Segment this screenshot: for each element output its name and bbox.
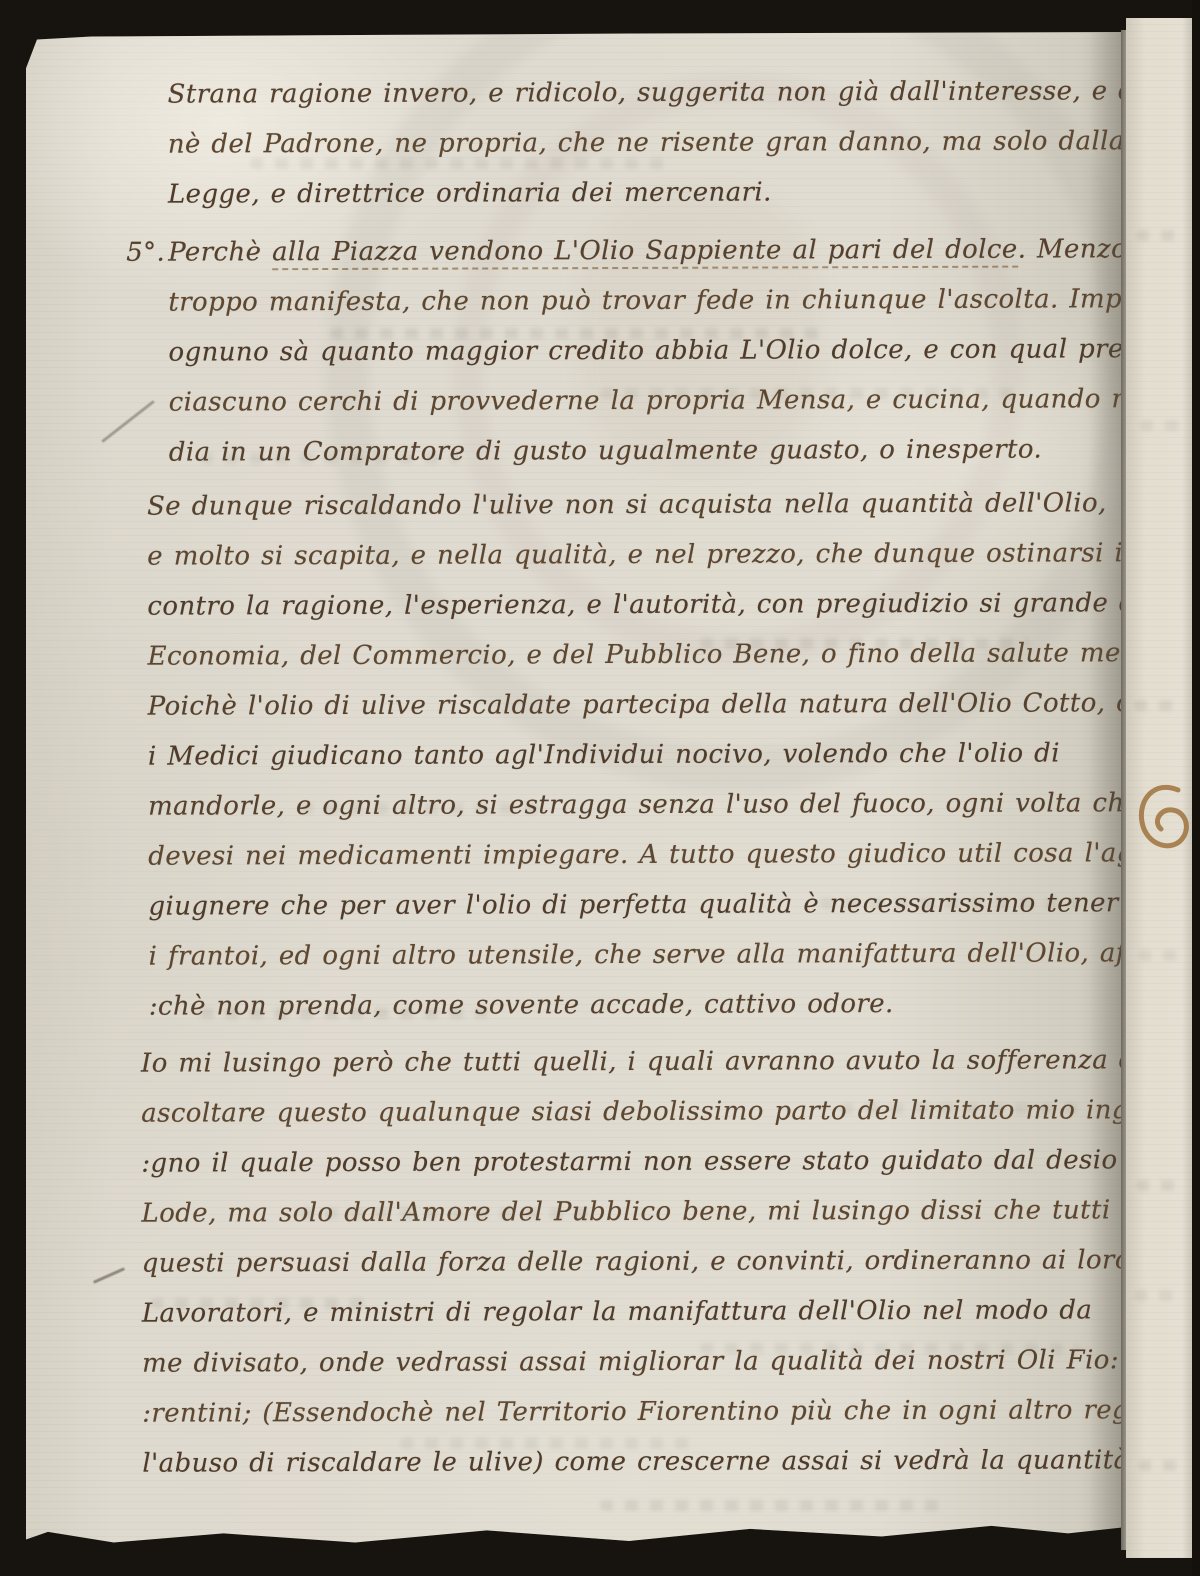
manuscript-line: troppo manifesta, che non può trovar fed…: [168, 274, 1098, 327]
manuscript-line: Economia, del Commercio, e del Pubblico …: [147, 628, 1099, 681]
manuscript-line: Lode, ma solo dall'Amore del Pubblico be…: [141, 1185, 1101, 1238]
manuscript-line: :rentini; (Essendochè nel Territorio Fio…: [142, 1385, 1102, 1438]
manuscript-line: i Medici giudicano tanto agl'Individui n…: [148, 728, 1100, 781]
manuscript-line: nè del Padrone, ne propria, che ne risen…: [168, 116, 1098, 169]
ink-flourish: [1134, 778, 1192, 870]
line-segment: i frantoi, ed ogni altro utensile, che s…: [149, 938, 1171, 972]
photo-backdrop: { "manuscript": { "language": "Italian",…: [0, 0, 1200, 1576]
line-segment: ascoltare questo qualunque siasi debolis…: [141, 1095, 1154, 1129]
line-segment: me divisato, onde vedrassi assai miglior…: [142, 1345, 1119, 1378]
bleedthrough-mark: [600, 1500, 950, 1511]
line-segment: Legge, e direttrice ordinaria dei mercen…: [168, 177, 772, 209]
bleedthrough-mark: [1138, 1460, 1182, 1471]
line-segment: :gno il quale posso ben protestarmi non …: [141, 1145, 1194, 1179]
manuscript-line: :chè non prenda, come sovente accade, ca…: [149, 978, 1101, 1031]
line-segment: Strana ragione invero, e ridicolo, sugge…: [168, 76, 1200, 110]
line-segment: :chè non prenda, come sovente accade, ca…: [149, 989, 894, 1022]
line-segment: Io mi lusingo però che tutti quelli, i q…: [141, 1045, 1145, 1079]
manuscript-line: Se dunque riscaldando l'ulive non si acq…: [147, 478, 1099, 531]
line-segment: i Medici giudicano tanto agl'Individui n…: [148, 738, 1060, 771]
adjacent-page-edge: [1126, 18, 1192, 1558]
manuscript-line: me divisato, onde vedrassi assai miglior…: [142, 1335, 1102, 1388]
manuscript-page: Strana ragione invero, e ridicolo, sugge…: [26, 32, 1123, 1544]
line-segment: troppo manifesta, che non può trovar fed…: [168, 284, 1200, 318]
line-segment: Lode, ma solo dall'Amore del Pubblico be…: [141, 1195, 1110, 1228]
margin-pencil-mark: [93, 1267, 125, 1284]
line-segment: Se dunque riscaldando l'ulive non si acq…: [147, 488, 1107, 521]
manuscript-line: Lavoratori, e ministri di regolar la man…: [142, 1285, 1102, 1338]
line-segment: devesi nei medicamenti impiegare. A tutt…: [148, 838, 1143, 871]
bleedthrough-mark: [1134, 700, 1184, 711]
line-segment: ognuno sà quanto maggior credito abbia L…: [168, 334, 1194, 368]
line-segment: contro la ragione, l'esperienza, e l'aut…: [147, 588, 1176, 622]
manuscript-line: e molto si scapita, e nella qualità, e n…: [147, 528, 1099, 581]
line-segment: nè del Padrone, ne propria, che ne risen…: [168, 126, 1200, 160]
line-segment: Perchè: [168, 237, 272, 267]
bleedthrough-mark: [1136, 230, 1184, 241]
line-segment: Lavoratori, e ministri di regolar la man…: [142, 1295, 1093, 1328]
paragraph: Se dunque riscaldando l'ulive non si acq…: [147, 478, 1101, 1031]
manuscript-line: giugnere che per aver l'olio di perfetta…: [148, 878, 1100, 931]
line-segment: dia in un Compratore di gusto ugualmente…: [169, 435, 1042, 468]
manuscript-line: 5°.Perchè alla Piazza vendono L'Olio Sap…: [168, 224, 1098, 277]
text-block: Strana ragione invero, e ridicolo, sugge…: [138, 66, 1103, 1488]
bleedthrough-mark: [1134, 1290, 1184, 1301]
manuscript-line: devesi nei medicamenti impiegare. A tutt…: [148, 828, 1100, 881]
bleedthrough-mark: [1138, 950, 1184, 961]
line-segment: l'abuso di riscaldare le ulive) come cre…: [142, 1445, 1129, 1478]
line-segment: mandorle, e ogni altro, si estragga senz…: [148, 788, 1140, 821]
manuscript-line: ognuno sà quanto maggior credito abbia L…: [168, 324, 1098, 377]
paragraph: 5°.Perchè alla Piazza vendono L'Olio Sap…: [168, 224, 1099, 477]
line-segment: Economia, del Commercio, e del Pubblico …: [148, 638, 1171, 672]
bleedthrough-mark: [1136, 1180, 1184, 1191]
manuscript-line: ascoltare questo qualunque siasi debolis…: [141, 1085, 1101, 1138]
line-segment: alla Piazza vendono L'Olio Sappiente al …: [272, 235, 1018, 271]
manuscript-line: dia in un Compratore di gusto ugualmente…: [169, 424, 1099, 477]
line-segment: giugnere che per aver l'olio di perfetta…: [148, 888, 1200, 922]
manuscript-line: Legge, e direttrice ordinaria dei mercen…: [168, 166, 1098, 219]
paragraph: Strana ragione invero, e ridicolo, sugge…: [168, 66, 1099, 219]
line-segment: :rentini; (Essendochè nel Territorio Fio…: [142, 1395, 1162, 1429]
manuscript-line: l'abuso di riscaldare le ulive) come cre…: [142, 1435, 1102, 1488]
line-segment: ciascuno cerchi di provvederne la propri…: [169, 384, 1195, 418]
item-number: 5°.: [126, 228, 165, 278]
manuscript-line: i frantoi, ed ogni altro utensile, che s…: [149, 928, 1101, 981]
manuscript-line: contro la ragione, l'esperienza, e l'aut…: [147, 578, 1099, 631]
manuscript-line: Poichè l'olio di ulive riscaldate partec…: [148, 678, 1100, 731]
line-segment: Poichè l'olio di ulive riscaldate partec…: [148, 688, 1164, 722]
manuscript-line: Io mi lusingo però che tutti quelli, i q…: [141, 1035, 1101, 1088]
manuscript-line: :gno il quale posso ben protestarmi non …: [141, 1135, 1101, 1188]
bleedthrough-mark: [1140, 420, 1184, 431]
manuscript-line: mandorle, e ogni altro, si estragga senz…: [148, 778, 1100, 831]
line-segment: e molto si scapita, e nella qualità, e n…: [147, 538, 1191, 572]
manuscript-line: ciascuno cerchi di provvederne la propri…: [169, 374, 1099, 427]
manuscript-line: questi persuasi dalla forza delle ragion…: [142, 1235, 1102, 1288]
paragraph: Io mi lusingo però che tutti quelli, i q…: [141, 1035, 1103, 1488]
backdrop-edge: [1192, 0, 1200, 1576]
line-segment: questi persuasi dalla forza delle ragion…: [142, 1245, 1131, 1278]
manuscript-line: Strana ragione invero, e ridicolo, sugge…: [168, 66, 1098, 119]
